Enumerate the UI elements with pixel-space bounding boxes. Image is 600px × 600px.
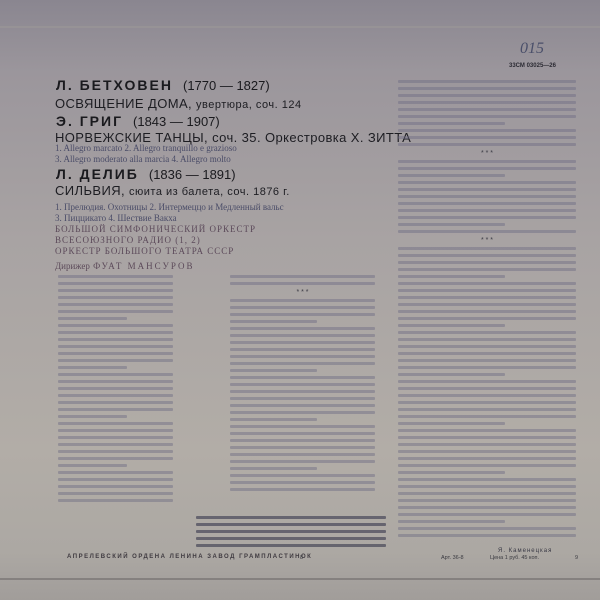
text-line <box>230 355 375 358</box>
text-line <box>58 387 173 390</box>
text-line <box>58 485 173 488</box>
text-line <box>58 492 173 495</box>
stereo-note <box>196 516 386 551</box>
performer-3: ОРКЕСТР БОЛЬШОГО ТЕАТРА СССР <box>55 246 256 257</box>
text-line <box>398 136 576 139</box>
text-line <box>398 216 576 219</box>
text-line <box>58 310 173 313</box>
text-line <box>398 160 576 163</box>
text-line <box>398 506 576 509</box>
text-line <box>58 275 173 278</box>
text-line <box>196 537 386 540</box>
performers: БОЛЬШОЙ СИМФОНИЧЕСКИЙ ОРКЕСТР ВСЕСОЮЗНОГ… <box>55 224 256 272</box>
composer-name: Э. ГРИГ <box>56 113 123 129</box>
text-line <box>230 397 375 400</box>
handwritten-mark: 015 <box>520 40 544 58</box>
pressing-plant-name: АПРЕЛЕВСКИЙ ОРДЕНА ЛЕНИНА ЗАВОД ГРАМПЛАС… <box>67 554 312 560</box>
text-line <box>58 478 173 481</box>
text-line <box>230 362 375 365</box>
text-line <box>230 390 375 393</box>
text-line <box>58 345 173 348</box>
text-line <box>398 499 576 502</box>
text-line <box>398 282 576 285</box>
movements-delibes-2: 3. Пиццикато 4. Шествие Вакха <box>55 213 177 223</box>
text-line <box>398 464 576 467</box>
text-line <box>398 261 576 264</box>
work-beethoven: ОСВЯЩЕНИЕ ДОМА, увертюра, соч. 124 <box>55 96 302 111</box>
text-line <box>230 404 375 407</box>
text-line <box>230 411 375 414</box>
conductor-name: ФУАТ МАНСУРОВ <box>93 261 194 271</box>
text-line <box>230 275 375 278</box>
text-line <box>230 425 375 428</box>
text-line <box>230 327 375 330</box>
text-line <box>398 87 576 90</box>
liner-notes-column-3: * * ** * * <box>398 80 576 541</box>
text-line <box>196 544 386 547</box>
text-line <box>398 310 576 313</box>
text-line <box>58 352 173 355</box>
liner-notes-column-2: * * * <box>230 275 375 495</box>
text-line <box>230 313 375 316</box>
section-divider: * * * <box>398 237 576 244</box>
text-line <box>398 359 576 362</box>
text-line <box>398 129 576 132</box>
text-line <box>230 320 317 323</box>
text-line <box>58 471 173 474</box>
text-line <box>398 289 576 292</box>
text-line <box>398 422 505 425</box>
text-line <box>398 167 576 170</box>
text-line <box>398 108 576 111</box>
text-line <box>58 366 127 369</box>
text-line <box>58 401 173 404</box>
text-line <box>398 387 576 390</box>
text-line <box>58 499 173 502</box>
text-line <box>398 492 576 495</box>
text-line <box>230 383 375 386</box>
composer-name: Л. ДЕЛИБ <box>56 166 139 182</box>
price: Цена 1 руб. 45 коп. <box>490 555 539 561</box>
text-line <box>398 373 505 376</box>
work-detail: сюита из балета, соч. 1876 г. <box>129 186 290 198</box>
performer-1: БОЛЬШОЙ СИМФОНИЧЕСКИЙ ОРКЕСТР <box>55 224 256 235</box>
text-line <box>58 450 173 453</box>
text-line <box>58 429 173 432</box>
text-line <box>398 408 576 411</box>
record-sleeve-back: 015 33СМ 03025—26 Л. БЕТХОВЕН(1770 — 182… <box>0 0 600 600</box>
text-line <box>398 324 505 327</box>
text-line <box>398 478 576 481</box>
text-line <box>398 471 505 474</box>
text-line <box>58 296 173 299</box>
text-line <box>398 275 505 278</box>
text-line <box>58 282 173 285</box>
composer-grieg: Э. ГРИГ(1843 — 1907) <box>56 113 220 129</box>
section-divider: * * * <box>230 289 375 296</box>
text-line <box>230 369 317 372</box>
performer-2: ВСЕСОЮЗНОГО РАДИО (1, 2) <box>55 235 256 246</box>
conductor: Дирижер ФУАТ МАНСУРОВ <box>55 261 256 272</box>
text-line <box>58 415 127 418</box>
text-line <box>398 352 576 355</box>
text-line <box>58 373 173 376</box>
text-line <box>230 306 375 309</box>
text-line <box>398 429 576 432</box>
text-line <box>398 317 576 320</box>
catalog-number: 33СМ 03025—26 <box>509 63 556 69</box>
text-line <box>398 101 576 104</box>
text-line <box>230 432 375 435</box>
text-line <box>230 453 375 456</box>
composer-beethoven: Л. БЕТХОВЕН(1770 — 1827) <box>56 77 270 93</box>
text-line <box>230 334 375 337</box>
text-line <box>230 474 375 477</box>
work-delibes: СИЛЬВИЯ, сюита из балета, соч. 1876 г. <box>55 183 290 198</box>
text-line <box>58 422 173 425</box>
text-line <box>398 443 576 446</box>
text-line <box>230 460 375 463</box>
text-line <box>398 513 576 516</box>
text-line <box>398 520 505 523</box>
text-line <box>398 450 576 453</box>
conductor-label: Дирижер <box>55 261 90 271</box>
text-line <box>230 299 375 302</box>
composer-delibes: Л. ДЕЛИБ(1836 — 1891) <box>56 166 236 182</box>
text-line <box>398 223 505 226</box>
text-line <box>230 481 375 484</box>
movements-grieg-2: 3. Allegro moderato alla marcia 4. Alleg… <box>55 154 231 164</box>
composer-name: Л. БЕТХОВЕН <box>56 77 173 93</box>
text-line <box>398 485 576 488</box>
sleeve-bottom-edge <box>0 578 600 580</box>
text-line <box>196 516 386 519</box>
text-line <box>398 181 576 184</box>
text-line <box>398 303 576 306</box>
work-detail: увертюра, соч. 124 <box>196 99 302 111</box>
text-line <box>230 341 375 344</box>
text-line <box>398 202 576 205</box>
text-line <box>398 143 576 146</box>
liner-notes-column-1 <box>58 275 173 506</box>
text-line <box>230 348 375 351</box>
section-divider: * * * <box>398 150 576 157</box>
text-line <box>398 94 576 97</box>
text-line <box>398 457 576 460</box>
text-line <box>58 331 173 334</box>
text-line <box>58 408 173 411</box>
text-line <box>230 467 317 470</box>
text-line <box>230 282 375 285</box>
text-line <box>398 345 576 348</box>
composer-dates: (1836 — 1891) <box>149 167 236 182</box>
text-line <box>58 443 173 446</box>
left-page-mark: 8 <box>300 555 303 561</box>
text-line <box>398 195 576 198</box>
right-page-mark: 9 <box>575 555 578 561</box>
text-line <box>398 331 576 334</box>
text-line <box>196 523 386 526</box>
text-line <box>58 324 173 327</box>
text-line <box>58 464 127 467</box>
text-line <box>398 415 576 418</box>
text-line <box>398 122 505 125</box>
text-line <box>398 115 576 118</box>
composer-dates: (1770 — 1827) <box>183 78 270 93</box>
article-number: Арт. 36-8 <box>441 555 464 561</box>
text-line <box>398 80 576 83</box>
work-detail: соч. 35. Оркестровка Х. ЗИТТА <box>212 130 411 145</box>
text-line <box>398 247 576 250</box>
movements-grieg-1: 1. Allegro marcato 2. Allegro tranquillo… <box>55 143 237 153</box>
text-line <box>398 174 505 177</box>
text-line <box>58 380 173 383</box>
text-line <box>230 446 375 449</box>
text-line <box>398 534 576 537</box>
composer-dates: (1843 — 1907) <box>133 114 220 129</box>
text-line <box>58 359 173 362</box>
text-line <box>398 209 576 212</box>
text-line <box>58 289 173 292</box>
text-line <box>196 530 386 533</box>
text-line <box>398 188 576 191</box>
text-line <box>398 366 576 369</box>
text-line <box>398 296 576 299</box>
text-line <box>398 268 576 271</box>
text-line <box>398 338 576 341</box>
text-line <box>230 418 317 421</box>
movements-delibes-1: 1. Прелюдия. Охотницы 2. Интермеццо и Ме… <box>55 202 284 212</box>
text-line <box>58 338 173 341</box>
text-line <box>398 401 576 404</box>
text-line <box>398 527 576 530</box>
text-line <box>230 488 375 491</box>
work-title: СИЛЬВИЯ, <box>55 183 125 198</box>
text-line <box>398 394 576 397</box>
text-line <box>398 254 576 257</box>
text-line <box>230 439 375 442</box>
sleeve-fold-line <box>0 26 600 28</box>
text-line <box>58 457 173 460</box>
work-title: ОСВЯЩЕНИЕ ДОМА, <box>55 96 192 111</box>
text-line <box>398 436 576 439</box>
text-line <box>398 380 576 383</box>
text-line <box>230 376 375 379</box>
text-line <box>58 303 173 306</box>
text-line <box>398 230 576 233</box>
text-line <box>58 317 127 320</box>
author-signature: Я. Каменецкая <box>498 548 552 554</box>
text-line <box>58 436 173 439</box>
text-line <box>58 394 173 397</box>
